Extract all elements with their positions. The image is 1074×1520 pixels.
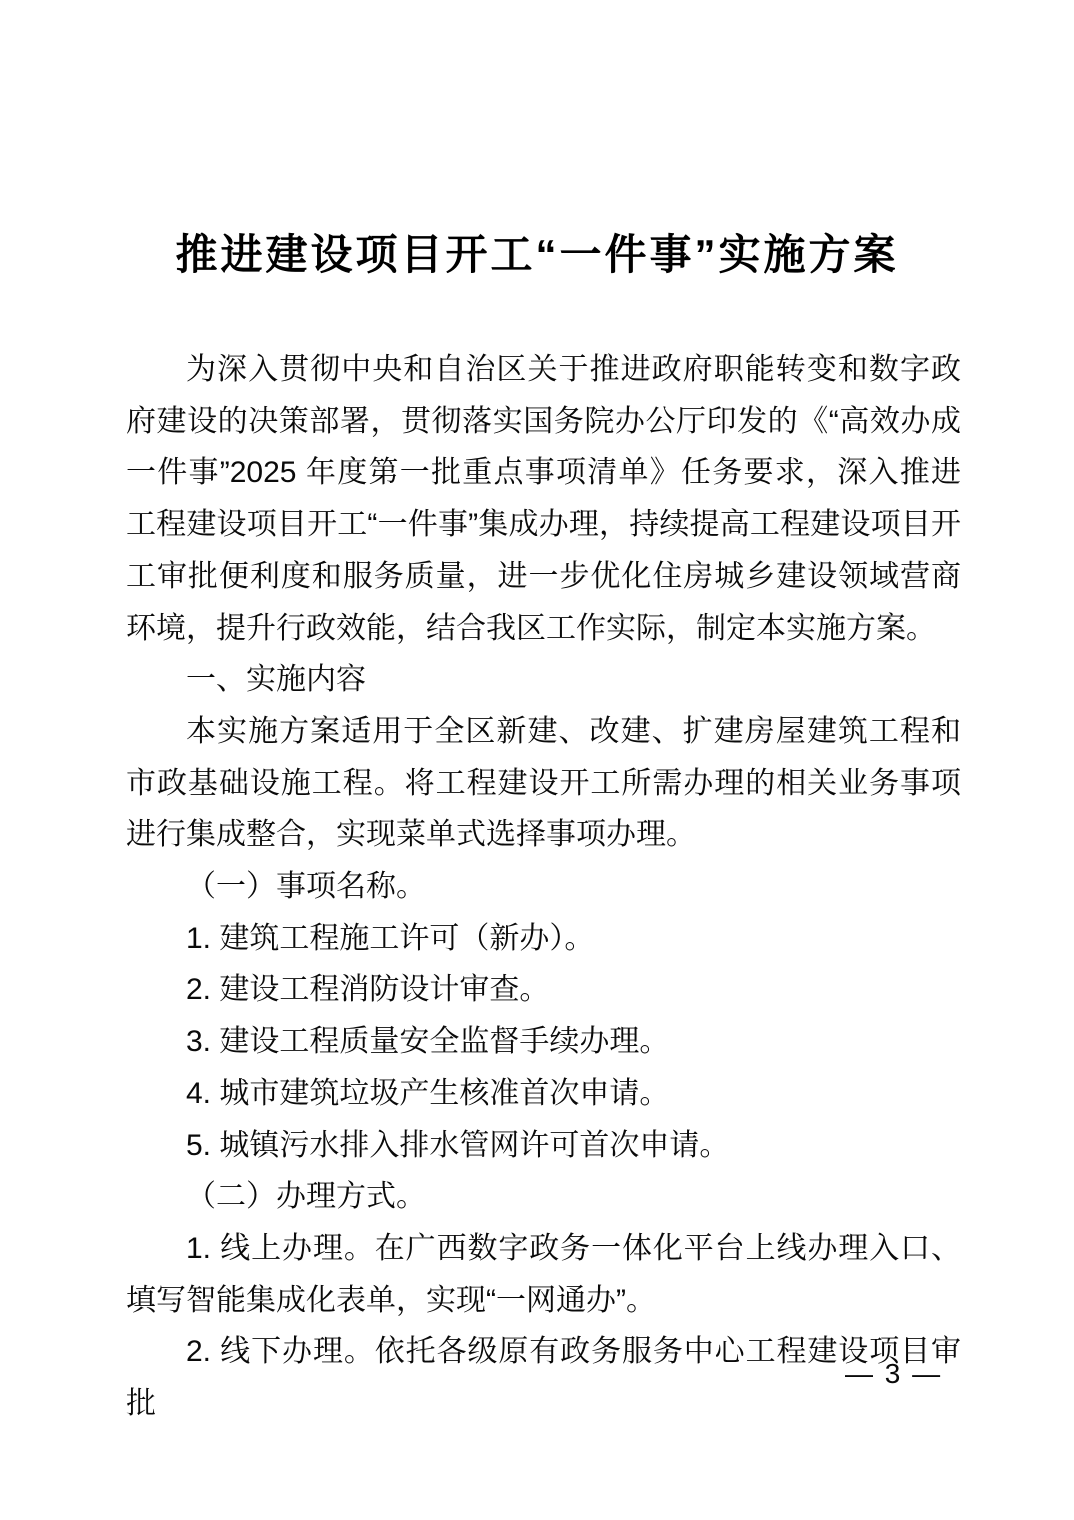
document-title: 推进建设项目开工“一件事”实施方案 — [0, 222, 1074, 282]
page-number: — 3 — — [845, 1358, 942, 1390]
list-item-1: 1. 建筑工程施工许可（新办）。 — [126, 913, 961, 965]
method-item-online: 1. 线上办理。在广西数字政务一体化平台上线办理入口、填写智能集成化表单，实现“… — [126, 1223, 961, 1326]
paragraph-scope: 本实施方案适用于全区新建、改建、扩建房屋建筑工程和市政基础设施工程。将工程建设开… — [126, 706, 961, 861]
document-body: 为深入贯彻中央和自治区关于推进政府职能转变和数字政府建设的决策部署，贯彻落实国务… — [126, 344, 961, 1430]
paragraph-intro: 为深入贯彻中央和自治区关于推进政府职能转变和数字政府建设的决策部署，贯彻落实国务… — [126, 344, 961, 654]
list-item-2: 2. 建设工程消防设计审查。 — [126, 964, 961, 1016]
subsection-heading-items: （一）事项名称。 — [126, 861, 961, 913]
list-item-4: 4. 城市建筑垃圾产生核准首次申请。 — [126, 1068, 961, 1120]
list-item-3: 3. 建设工程质量安全监督手续办理。 — [126, 1016, 961, 1068]
document-page: 推进建设项目开工“一件事”实施方案 为深入贯彻中央和自治区关于推进政府职能转变和… — [0, 0, 1074, 1520]
subsection-heading-methods: （二）办理方式。 — [126, 1171, 961, 1223]
list-item-5: 5. 城镇污水排入排水管网许可首次申请。 — [126, 1120, 961, 1172]
method-item-offline: 2. 线下办理。依托各级原有政务服务中心工程建设项目审批 — [126, 1326, 961, 1429]
section-heading-1: 一、实施内容 — [126, 654, 961, 706]
